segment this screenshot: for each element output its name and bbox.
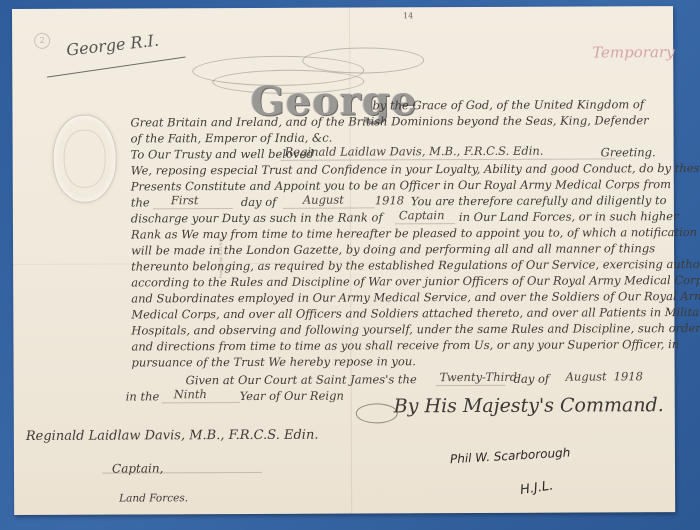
heading-flourish	[302, 47, 424, 74]
commission-year: 1918	[375, 193, 404, 207]
recipient-block-rank: Captain,	[112, 460, 163, 477]
year-of-reign-label: Year of Our Reign	[240, 388, 344, 405]
by-his-majestys-command: By His Majesty's Command.	[394, 394, 664, 417]
recipient-block-name: Reginald Laidlaw Davis, M.B., F.R.C.S. E…	[26, 428, 319, 446]
text-line: in Our Land Forces, or in such higher	[459, 208, 679, 225]
recipient-name: Reginald Laidlaw Davis, M.B., F.R.C.S. E…	[285, 144, 544, 159]
text-line: You are therefore carefully and diligent…	[411, 192, 667, 209]
signature-flourish	[47, 57, 186, 78]
commission-document: 14 2 George R.I. Temporary George Printe…	[12, 6, 675, 515]
text-line: Greeting.	[601, 144, 656, 161]
given-year: 1918	[614, 369, 643, 383]
given-day: Twenty-Third	[440, 370, 518, 384]
rank: Captain	[399, 208, 445, 222]
in-the-label: in the	[126, 388, 160, 404]
text-line: and directions from time to time as you …	[131, 336, 679, 355]
given-month: August	[566, 369, 607, 383]
embossed-seal	[52, 115, 116, 203]
given-at-court: Given at Our Court at Saint James's the	[186, 371, 417, 388]
archive-circle-mark: 2	[34, 33, 50, 49]
text-line: pursuance of the Trust We hereby repose …	[132, 353, 416, 371]
commission-day: First	[171, 193, 199, 207]
temporary-stamp: Temporary	[592, 43, 674, 61]
reign-year: Ninth	[174, 387, 207, 401]
text-line: discharge your Duty as such in the Rank …	[131, 209, 383, 226]
page-number: 14	[403, 11, 413, 20]
command-flourish	[356, 403, 398, 423]
text-line: the	[131, 194, 150, 210]
sovereign-signature: George R.I.	[65, 31, 159, 60]
countersignature: H.J.L.	[519, 478, 554, 498]
text-line: by the Grace of God, of the United Kingd…	[372, 96, 644, 113]
commission-month: August	[303, 193, 344, 207]
given-day-of: day of	[514, 371, 550, 387]
recipient-block-force: Land Forces.	[119, 490, 188, 507]
text-line: day of	[241, 194, 277, 210]
countersignature: Phil W. Scarborough	[450, 445, 571, 466]
text-line: Great Britain and Ireland, and of the Br…	[130, 112, 648, 131]
